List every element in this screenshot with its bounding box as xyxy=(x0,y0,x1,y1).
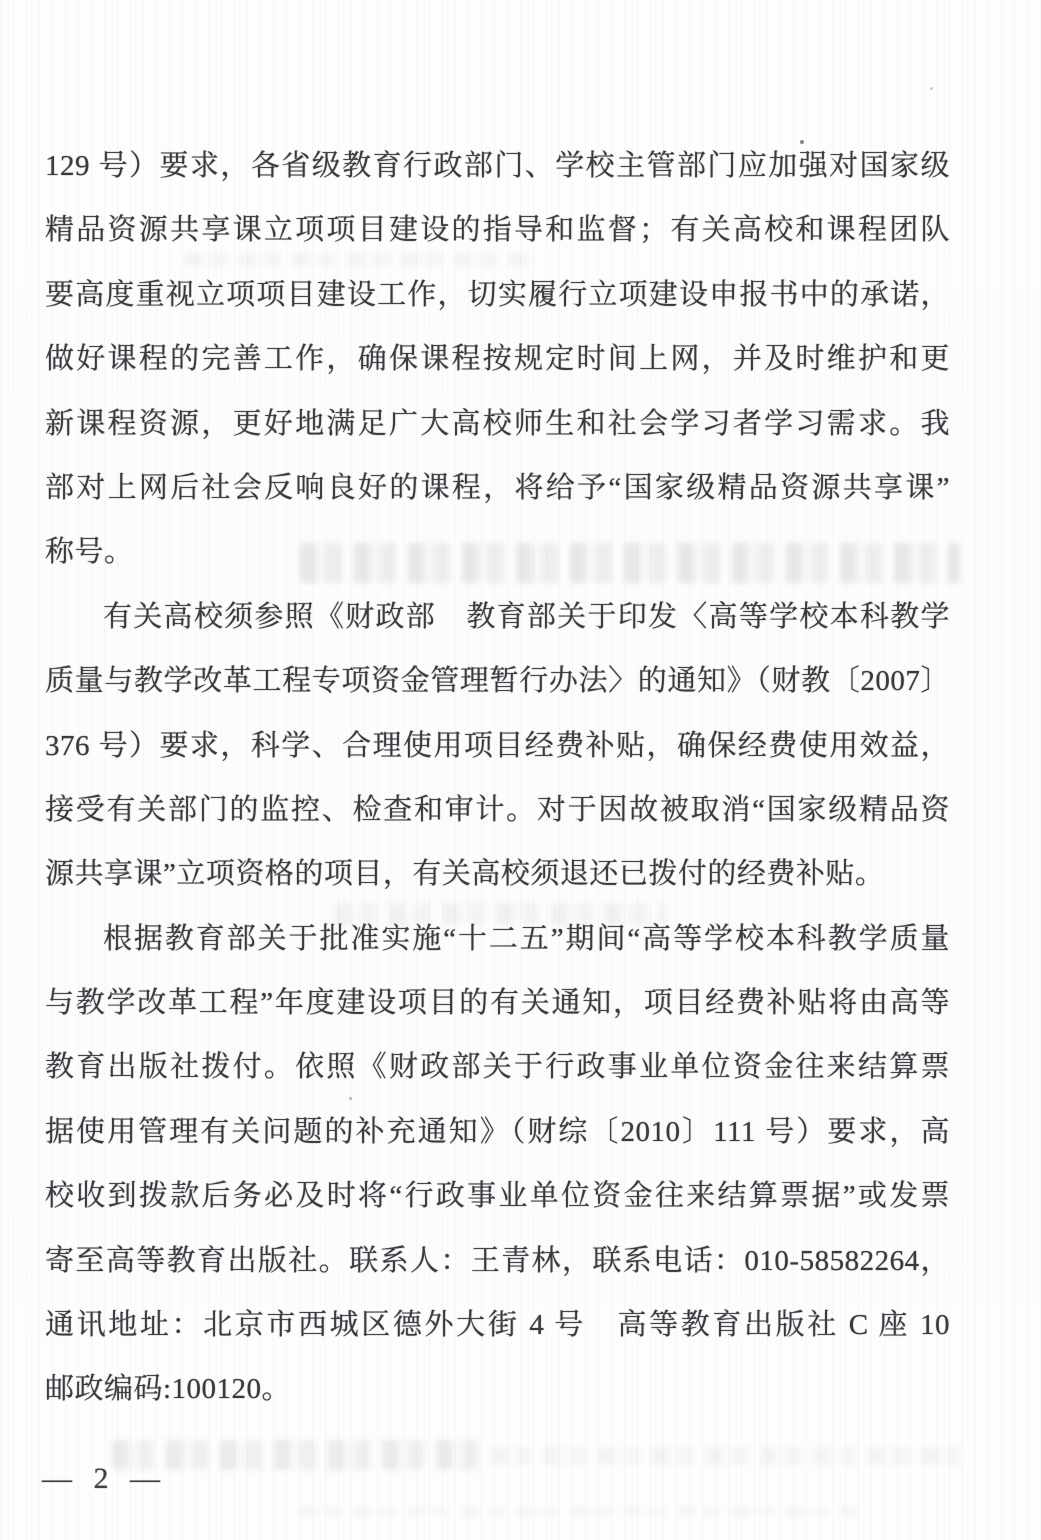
scan-speck xyxy=(930,87,933,90)
text-line: 做好课程的完善工作，确保课程按规定时间上网，并及时维护和更 xyxy=(45,327,950,391)
text-line: 部对上网后社会反响良好的课程，将给予“国家级精品资源共享课” xyxy=(45,456,950,520)
text-line: 要高度重视立项项目建设工作，切实履行立项建设申报书中的承诺， xyxy=(45,263,950,327)
text-line: 称号。 xyxy=(45,520,950,584)
text-line: 有关高校须参照《财政部 教育部关于印发〈高等学校本科教学 xyxy=(45,585,950,649)
text-line: 接受有关部门的监控、检查和审计。对于因故被取消“国家级精品资 xyxy=(45,778,950,842)
text-line: 根据教育部关于批准实施“十二五”期间“高等学校本科教学质量 xyxy=(45,907,950,971)
scanned-document-page: 129 号）要求，各省级教育行政部门、学校主管部门应加强对国家级 精品资源共享课… xyxy=(0,0,1041,1540)
paragraph-2: 有关高校须参照《财政部 教育部关于印发〈高等学校本科教学 质量与教学改革工程专项… xyxy=(45,585,950,907)
text-line: 新课程资源，更好地满足广大高校师生和社会学习者学习需求。我 xyxy=(45,392,950,456)
bleed-through-artifact xyxy=(300,1507,860,1516)
text-line: 与教学改革工程”年度建设项目的有关通知，项目经费补贴将由高等 xyxy=(45,971,950,1035)
text-line: 邮政编码:100120。 xyxy=(45,1357,950,1421)
paragraph-3: 根据教育部关于批准实施“十二五”期间“高等学校本科教学质量 与教学改革工程”年度… xyxy=(45,907,950,1422)
text-line: 据使用管理有关问题的补充通知》（财综〔2010〕111 号）要求，高 xyxy=(45,1100,950,1164)
text-line: 精品资源共享课立项项目建设的指导和监督；有关高校和课程团队 xyxy=(45,198,950,262)
text-line: 教育出版社拨付。依照《财政部关于行政事业单位资金往来结算票 xyxy=(45,1035,950,1099)
text-line: 源共享课”立项资格的项目，有关高校须退还已拨付的经费补贴。 xyxy=(45,842,950,906)
paragraph-1: 129 号）要求，各省级教育行政部门、学校主管部门应加强对国家级 精品资源共享课… xyxy=(45,134,950,585)
text-line: 376 号）要求，科学、合理使用项目经费补贴，确保经费使用效益， xyxy=(45,714,950,778)
page-number: — 2 — xyxy=(42,1462,167,1496)
bleed-through-artifact xyxy=(112,1440,482,1470)
body-text: 129 号）要求，各省级教育行政部门、学校主管部门应加强对国家级 精品资源共享课… xyxy=(45,134,950,1422)
text-line: 质量与教学改革工程专项资金管理暂行办法〉的通知》（财教〔2007〕 xyxy=(45,649,950,713)
text-line: 129 号）要求，各省级教育行政部门、学校主管部门应加强对国家级 xyxy=(45,134,950,198)
text-line: 校收到拨款后务必及时将“行政事业单位资金往来结算票据”或发票 xyxy=(45,1164,950,1228)
text-line: 通讯地址：北京市西城区德外大街 4 号 高等教育出版社 C 座 10 层， xyxy=(45,1293,950,1357)
text-line: 寄至高等教育出版社。联系人：王青林，联系电话：010-58582264， xyxy=(45,1229,950,1293)
bleed-through-artifact xyxy=(490,1447,960,1465)
